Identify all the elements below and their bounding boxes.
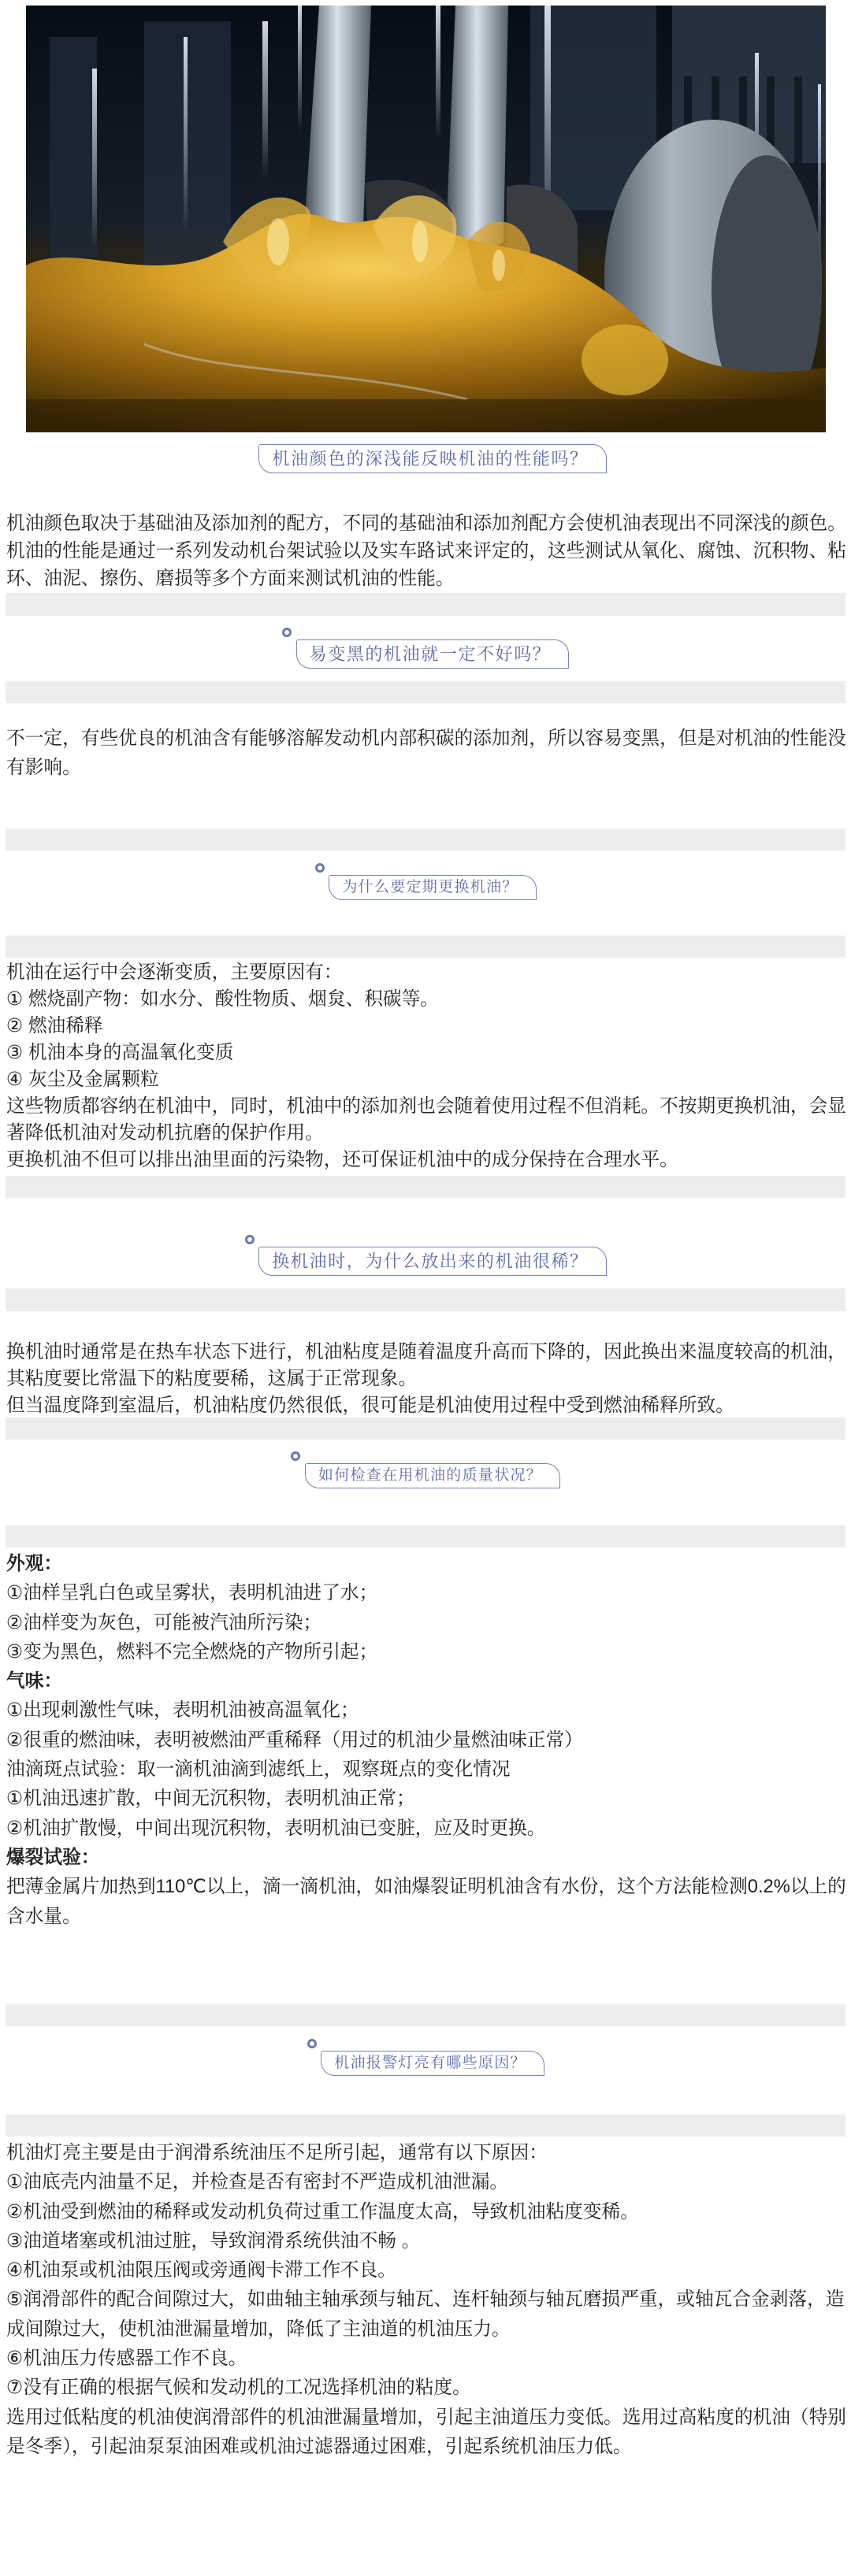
body-line: 是冬季），引起油泵泵油困难或机油过滤器通过困难，引起系统机油压力低。 — [6, 2433, 851, 2462]
body-line: 机油颜色取决于基础油及添加剂的配方，不同的基础油和添加剂配方会使机油表现出不同深… — [6, 510, 851, 538]
section-heading-row: 易变黑的机油就一定不好吗？ — [0, 639, 851, 669]
circle-marker-icon — [282, 628, 292, 637]
list-item: ②机油受到燃油的稀释或发动机负荷过重工作温度太高，导致机油粘度变稀。 — [6, 2198, 851, 2227]
subheading-smell: 气味： — [6, 1667, 851, 1696]
list-item: ③油道堵塞或机油过脏，导致润滑系统供油不畅 。 — [6, 2227, 851, 2256]
list-item: ③ 机油本身的高温氧化变质 — [6, 1040, 851, 1066]
list-item: ② 燃油稀释 — [6, 1013, 851, 1040]
divider-bar — [6, 936, 845, 958]
divider-bar — [6, 1176, 845, 1198]
list-item: ①出现刺激性气味，表明机油被高温氧化； — [6, 1696, 851, 1725]
divider-bar — [6, 1418, 845, 1440]
circle-marker-icon — [245, 1235, 255, 1244]
body-line: 把薄金属片加热到110℃以上，滴一滴机油，如油爆裂证明机油含有水份，这个方法能检… — [6, 1873, 851, 1902]
divider-bar — [6, 2004, 845, 2026]
list-item: ⑥机油压力传感器工作不良。 — [6, 2344, 851, 2374]
body-line: 机油灯亮主要是由于润滑系统油压不足所引起，通常有以下原因： — [6, 2139, 851, 2168]
divider-bar — [6, 828, 845, 851]
section-heading-text: 机油颜色的深浅能反映机油的性能吗？ — [272, 449, 588, 469]
section-heading-row: 机油报警灯亮有哪些原因？ — [0, 2051, 851, 2076]
section-heading-text: 为什么要定期更换机油？ — [342, 879, 518, 895]
body-line: 更换机油不但可以排出油里面的污染物，还可保证机油中的成分保持在合理水平。 — [6, 1147, 851, 1173]
section-heading: 如何检查在用机油的质量状况？ — [305, 1463, 560, 1488]
body-line: 其粘度要比常温下的粘度要稀，这属于正常现象。 — [6, 1366, 851, 1392]
list-item: ① 燃烧副产物：如水分、酸性物质、烟炱、积碳等。 — [6, 986, 851, 1013]
body-line: 环、油泥、擦伤、磨损等多个方面来测试机油的性能。 — [6, 565, 851, 593]
section-heading: 换机油时，为什么放出来的机油很稀？ — [258, 1247, 606, 1276]
list-item: ⑦没有正确的根据气候和发动机的工况选择机油的粘度。 — [6, 2374, 851, 2403]
list-item: ④机油泵或机油限压阀或旁通阀卡滞工作不良。 — [6, 2256, 851, 2285]
body-line: 选用过低粘度的机油使润滑部件的机油泄漏量增加，引起主油道压力变低。选用过高粘度的… — [6, 2404, 851, 2433]
divider-bar — [6, 2115, 845, 2137]
section-heading: 易变黑的机油就一定不好吗？ — [296, 639, 570, 669]
list-item: ③变为黑色，燃料不完全燃烧的产物所引起； — [6, 1638, 851, 1667]
subheading-appearance: 外观： — [6, 1550, 851, 1579]
section-body: 不一定，有些优良的机油含有能够溶解发动机内部积碳的添加剂，所以容易变黑，但是对机… — [6, 725, 851, 783]
divider-bar — [6, 1525, 845, 1547]
circle-marker-icon — [315, 863, 325, 873]
list-item: ⑤润滑部件的配合间隙过大，如曲轴主轴承颈与轴瓦、连杆轴颈与轴瓦磨损严重，或轴瓦合… — [6, 2285, 851, 2315]
article-page: 机油颜色的深浅能反映机油的性能吗？ 机油颜色取决于基础油及添加剂的配方，不同的基… — [0, 0, 851, 2576]
section-body: 外观： ①油样呈乳白色或呈雾状，表明机油进了水； ②油样变为灰色，可能被汽油所污… — [6, 1550, 851, 1932]
body-line: 不一定，有些优良的机油含有能够溶解发动机内部积碳的添加剂，所以容易变黑，但是对机… — [6, 725, 851, 754]
section-body: 机油灯亮主要是由于润滑系统油压不足所引起，通常有以下原因： ①油底壳内油量不足，… — [6, 2139, 851, 2462]
list-item: ②很重的燃油味，表明被燃油严重稀释（用过的机油少量燃油味正常） — [6, 1726, 851, 1755]
divider-bar — [6, 593, 845, 616]
section-heading-row: 为什么要定期更换机油？ — [0, 875, 851, 900]
subheading-crackle-test: 爆裂试验： — [6, 1844, 851, 1873]
list-item: ①油样呈乳白色或呈雾状，表明机油进了水； — [6, 1579, 851, 1608]
body-line: 著降低机油对发动机抗磨的保护作用。 — [6, 1120, 851, 1147]
section-heading-row: 换机油时，为什么放出来的机油很稀？ — [0, 1247, 851, 1276]
section-heading-text: 如何检查在用机油的质量状况？ — [318, 1467, 542, 1484]
section-body: 机油颜色取决于基础油及添加剂的配方，不同的基础油和添加剂配方会使机油表现出不同深… — [6, 510, 851, 593]
list-item: ②机油扩散慢，中间出现沉积物，表明机油已变脏，应及时更换。 — [6, 1814, 851, 1844]
divider-bar — [6, 681, 845, 703]
list-item: ②油样变为灰色，可能被汽油所污染； — [6, 1609, 851, 1638]
circle-marker-icon — [307, 2039, 317, 2048]
section-heading: 机油报警灯亮有哪些原因？ — [321, 2051, 544, 2076]
list-item: ④ 灰尘及金属颗粒 — [6, 1066, 851, 1093]
divider-bar — [6, 1288, 845, 1311]
section-body: 换机油时通常是在热车状态下进行，机油粘度是随着温度升高而下降的，因此换出来温度较… — [6, 1339, 851, 1419]
body-line: 含水量。 — [6, 1903, 851, 1932]
section-heading-text: 机油报警灯亮有哪些原因？ — [334, 2055, 526, 2071]
body-line: 成间隙过大，使机油泄漏量增加，降低了主油道的机油压力。 — [6, 2315, 851, 2344]
section-heading: 机油颜色的深浅能反映机油的性能吗？ — [258, 444, 606, 473]
hero-image-graphic — [26, 6, 826, 432]
list-item: ①机油迅速扩散，中间无沉积物，表明机油正常； — [6, 1785, 851, 1814]
body-line: 机油在运行中会逐渐变质，主要原因有： — [6, 959, 851, 986]
body-line: 机油的性能是通过一系列发动机台架试验以及实车路试来评定的，这些测试从氧化、腐蚀、… — [6, 538, 851, 565]
hero-image — [26, 6, 826, 432]
section-heading-text: 换机油时，为什么放出来的机油很稀？ — [272, 1251, 588, 1271]
body-line: 油滴斑点试验：取一滴机油滴到滤纸上，观察斑点的变化情况 — [6, 1755, 851, 1785]
body-line: 这些物质都容纳在机油中，同时，机油中的添加剂也会随着使用过程不但消耗。不按期更换… — [6, 1093, 851, 1120]
section-heading-text: 易变黑的机油就一定不好吗？ — [310, 644, 552, 664]
body-line: 但当温度降到室温后，机油粘度仍然很低，很可能是机油使用过程中受到燃油稀释所致。 — [6, 1392, 851, 1419]
list-item: ①油底壳内油量不足，并检查是否有密封不严造成机油泄漏。 — [6, 2168, 851, 2197]
body-line: 有影响。 — [6, 754, 851, 783]
circle-marker-icon — [291, 1451, 300, 1461]
section-body: 机油在运行中会逐渐变质，主要原因有： ① 燃烧副产物：如水分、酸性物质、烟炱、积… — [6, 959, 851, 1173]
body-line: 换机油时通常是在热车状态下进行，机油粘度是随着温度升高而下降的，因此换出来温度较… — [6, 1339, 851, 1366]
section-heading-row: 如何检查在用机油的质量状况？ — [0, 1463, 851, 1488]
section-heading-row: 机油颜色的深浅能反映机油的性能吗？ — [0, 444, 851, 473]
section-heading: 为什么要定期更换机油？ — [329, 875, 536, 900]
